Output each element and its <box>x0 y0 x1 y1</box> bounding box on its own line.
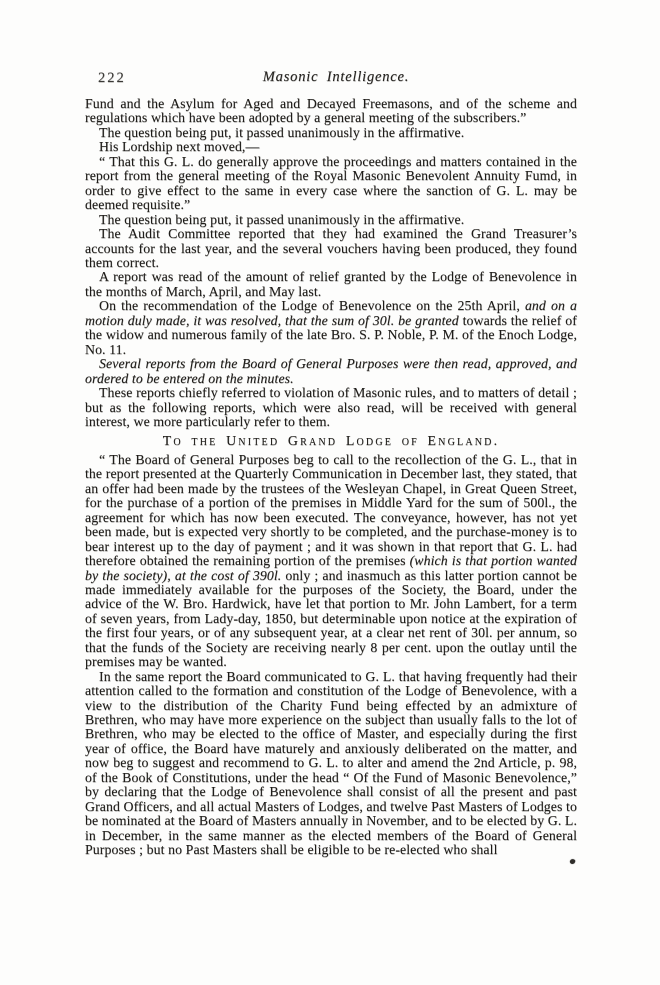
section-heading: To the United Grand Lodge of England. <box>85 434 577 448</box>
text-segment: A report was read of the amount of relie… <box>85 269 577 298</box>
text-segment: The question being put, it passed unanim… <box>99 125 464 140</box>
paragraph: His Lordship next moved,— <box>85 140 577 154</box>
page-header: 222 Masonic Intelligence. <box>85 69 577 87</box>
italic-text-segment: Several reports from the Board of Genera… <box>85 356 577 385</box>
paragraph: The Audit Committee reported that they h… <box>85 227 577 270</box>
book-page: 222 Masonic Intelligence. Fund and the A… <box>0 0 660 985</box>
page-text: Fund and the Asylum for Aged and Decayed… <box>85 97 577 858</box>
text-segment: In the same report the Board communicate… <box>85 669 577 857</box>
text-segment: Fund and the Asylum for Aged and Decayed… <box>85 96 577 125</box>
paragraph: A report was read of the amount of relie… <box>85 270 577 299</box>
text-segment: The question being put, it passed unanim… <box>99 212 464 227</box>
paragraph: “ The Board of General Purposes beg to c… <box>85 453 577 670</box>
text-segment: These reports chiefly referred to violat… <box>85 385 577 429</box>
paragraph: “ That this G. L. do generally approve t… <box>85 155 577 213</box>
text-segment: “ The Board of General Purposes beg to c… <box>85 452 577 568</box>
ink-spot-artifact <box>569 858 576 865</box>
paragraph: The question being put, it passed unanim… <box>85 213 577 227</box>
paragraph: In the same report the Board communicate… <box>85 670 577 858</box>
paragraph: Fund and the Asylum for Aged and Decayed… <box>85 97 577 126</box>
text-segment: His Lordship next moved,— <box>99 139 259 154</box>
text-segment: “ That this G. L. do generally approve t… <box>85 154 577 212</box>
running-title: Masonic Intelligence. <box>85 69 587 86</box>
paragraph: Several reports from the Board of Genera… <box>85 357 577 386</box>
paragraph: These reports chiefly referred to violat… <box>85 386 577 429</box>
paragraph: On the recommendation of the Lodge of Be… <box>85 299 577 357</box>
text-segment: On the recommendation of the Lodge of Be… <box>99 298 525 313</box>
text-segment: The Audit Committee reported that they h… <box>85 226 577 270</box>
paragraph: The question being put, it passed unanim… <box>85 126 577 140</box>
text-segment: only ; and inasmuch as this latter porti… <box>85 568 577 670</box>
